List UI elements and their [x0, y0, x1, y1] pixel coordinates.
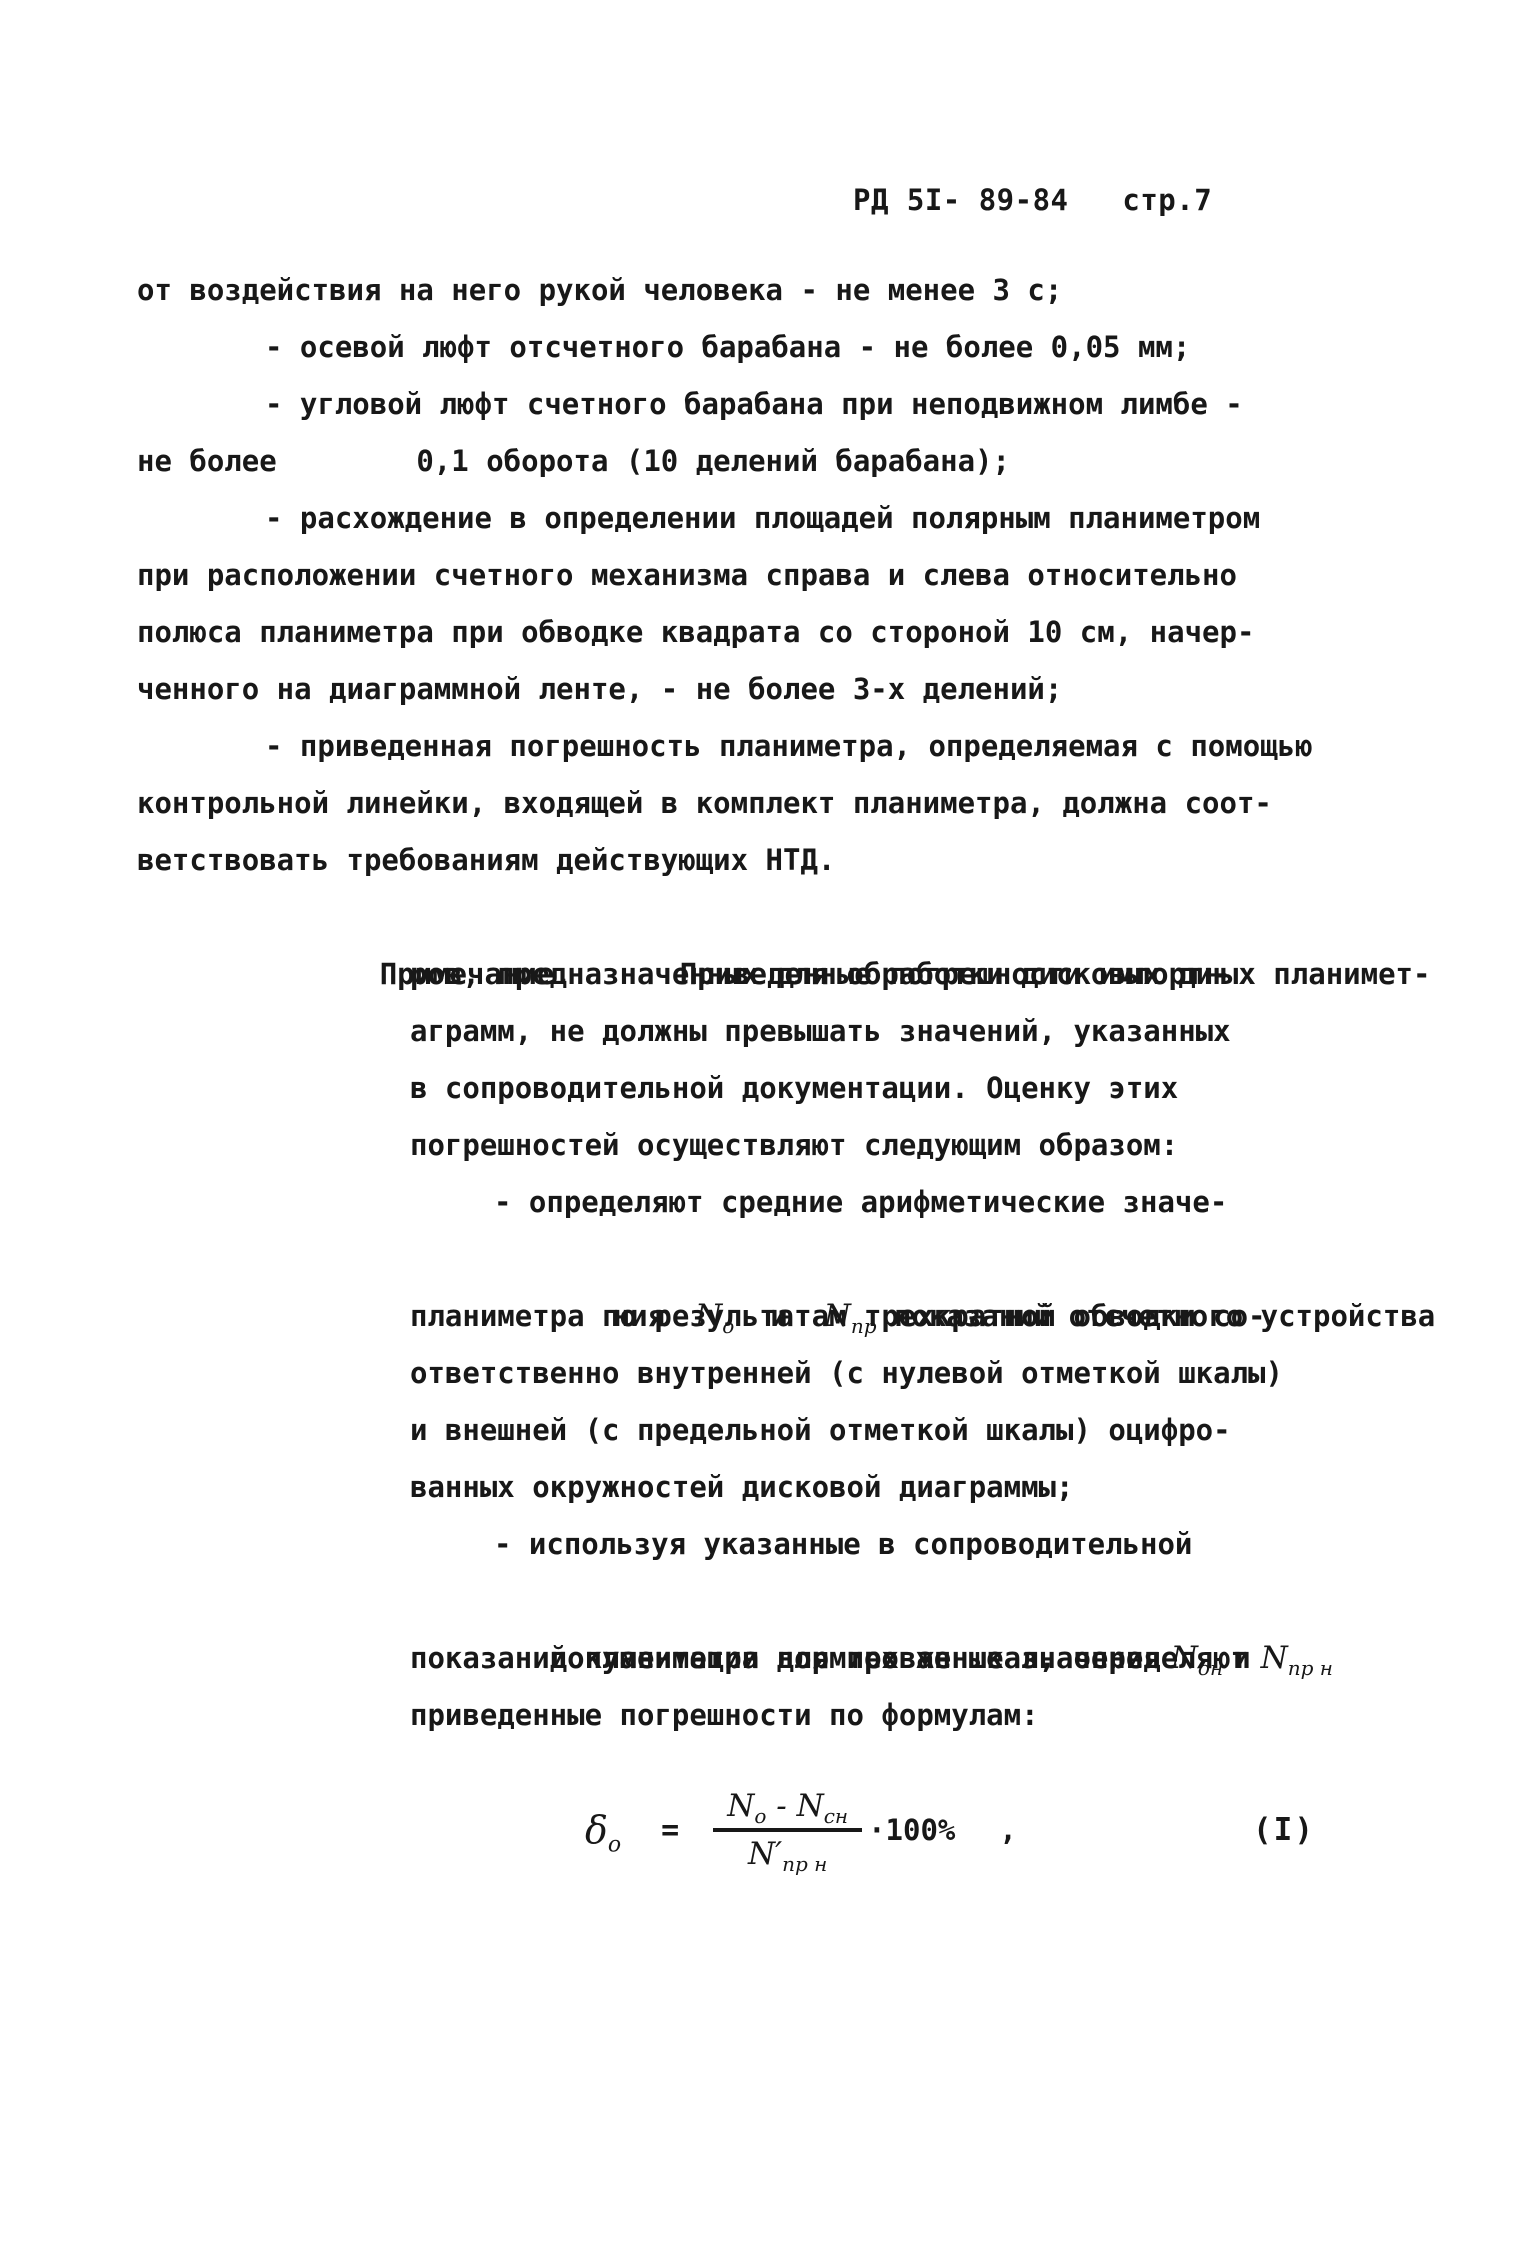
formula-1: δо = Nо - Nсн N′пр н ·100% , (I) [585, 1788, 1315, 1872]
page-header: РД 5I- 89-84 стр.7 [853, 183, 1212, 217]
body-line: полюса планиметра при обводке квадрата с… [137, 604, 1352, 661]
formula-equals: = [661, 1813, 679, 1848]
fraction-numerator: Nо - Nсн [713, 1788, 862, 1832]
document-body: от воздействия на него рукой человека - … [137, 262, 1352, 1872]
body-line: ветствовать требованиям действующих НТД. [137, 832, 1352, 889]
note-line: ров, предназначенных для обработки диско… [410, 946, 1352, 1003]
formula-delta: δо [585, 1808, 621, 1852]
fraction-denominator: N′пр н [713, 1832, 862, 1872]
note-line: показаний планиметра для тех же шкал, оп… [410, 1630, 1352, 1687]
body-line: - расхождение в определении площадей пол… [137, 490, 1352, 547]
body-line: контрольной линейки, входящей в комплект… [137, 775, 1352, 832]
equation-number: (I) [1253, 1812, 1315, 1848]
note-line: планиметра по результатам трехкратной об… [410, 1288, 1352, 1345]
note-math-line: документации нормированные значенияNониN… [410, 1573, 1352, 1630]
note-block: Примечание.Приведенные погрешности импор… [410, 889, 1352, 1744]
body-line: - угловой люфт счетного барабана при неп… [137, 376, 1352, 433]
body-line: от воздействия на него рукой человека - … [137, 262, 1352, 319]
body-line: - приведенная погрешность планиметра, оп… [137, 718, 1352, 775]
note-bullet-line: - определяют средние арифметические знач… [410, 1174, 1352, 1231]
note-line: погрешностей осуществляют следующим обра… [410, 1117, 1352, 1174]
note-line: ванных окружностей дисковой диаграммы; [410, 1459, 1352, 1516]
formula-fraction: Nо - Nсн N′пр н [713, 1788, 862, 1872]
body-line: при расположении счетного механизма спра… [137, 547, 1352, 604]
scanned-document-page: РД 5I- 89-84 стр.7 от воздействия на нег… [0, 0, 1535, 2245]
note-line: ответственно внутренней (с нулевой отмет… [410, 1345, 1352, 1402]
body-line: не более 0,1 оборота (10 делений барабан… [137, 433, 1352, 490]
note-line: и внешней (с предельной отметкой шкалы) … [410, 1402, 1352, 1459]
note-line: в сопроводительной документации. Оценку … [410, 1060, 1352, 1117]
note-line: приведенные погрешности по формулам: [410, 1687, 1352, 1744]
note-first-line: Примечание.Приведенные погрешности импор… [410, 889, 1352, 946]
body-line: - осевой люфт отсчетного барабана - не б… [137, 319, 1352, 376]
formula-multiplier: ·100% [868, 1813, 955, 1847]
note-bullet-line: - используя указанные в сопроводительной [410, 1516, 1352, 1573]
note-line: аграмм, не должны превышать значений, ук… [410, 1003, 1352, 1060]
math-symbol-Nprn: Nпр н [1261, 1640, 1333, 1676]
formula-comma: , [999, 1813, 1016, 1847]
note-math-line: нияNоиNпр показаний отсчетного устройств… [410, 1231, 1352, 1288]
body-line: ченного на диаграммной ленте, - не более… [137, 661, 1352, 718]
